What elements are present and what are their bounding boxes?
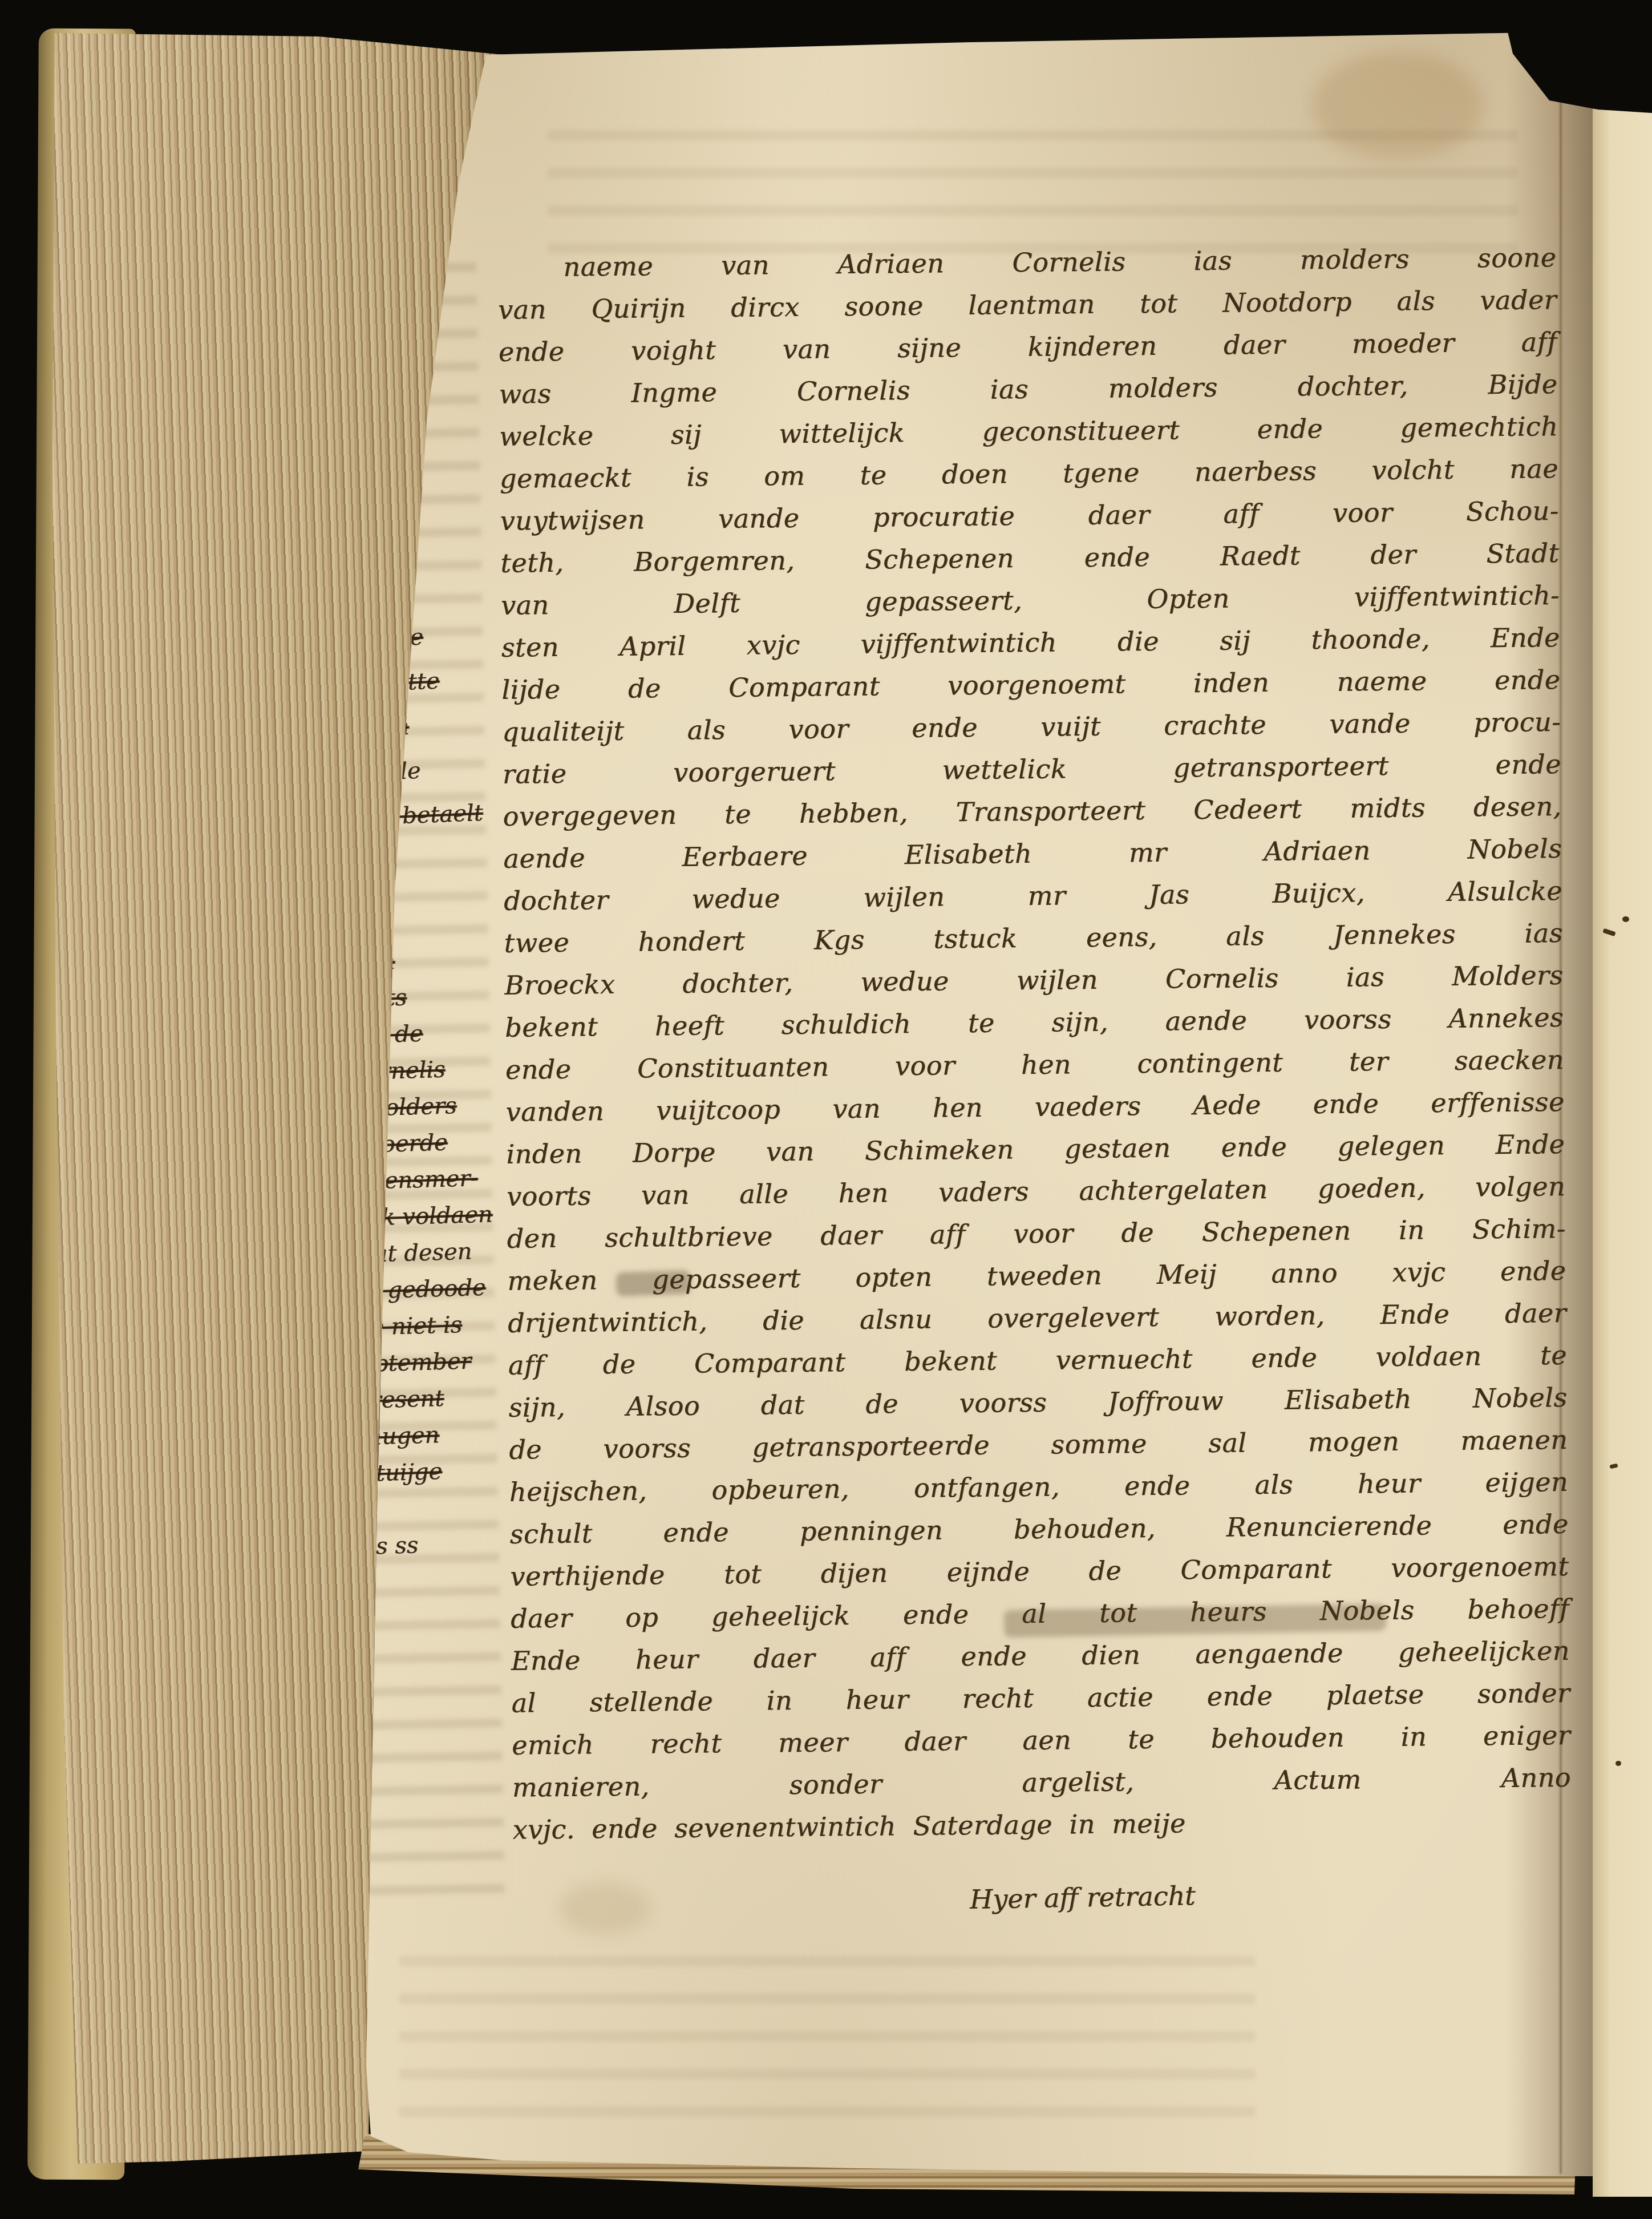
ink-speck <box>1609 1464 1618 1469</box>
closing-annotation: Hyer aff retracht <box>970 1877 1370 1915</box>
ink-smudge <box>616 1270 690 1297</box>
main-text-block: naeme van Adriaen Cornelis ias molders s… <box>497 236 1572 1851</box>
ink-speck <box>1615 1761 1621 1766</box>
manuscript-text-line: xvjc. ende sevenentwintich Saterdage in … <box>512 1802 1186 1851</box>
ink-bleedthrough <box>399 1929 1255 2123</box>
ink-speck <box>1602 928 1615 936</box>
manuscript-photo: naeme van Adriaen Cornelis ias molders s… <box>0 0 1652 2219</box>
parchment-stain <box>559 1883 650 1934</box>
ink-speck <box>1622 916 1629 922</box>
facing-page-sliver: 84 <box>1593 26 1652 2197</box>
